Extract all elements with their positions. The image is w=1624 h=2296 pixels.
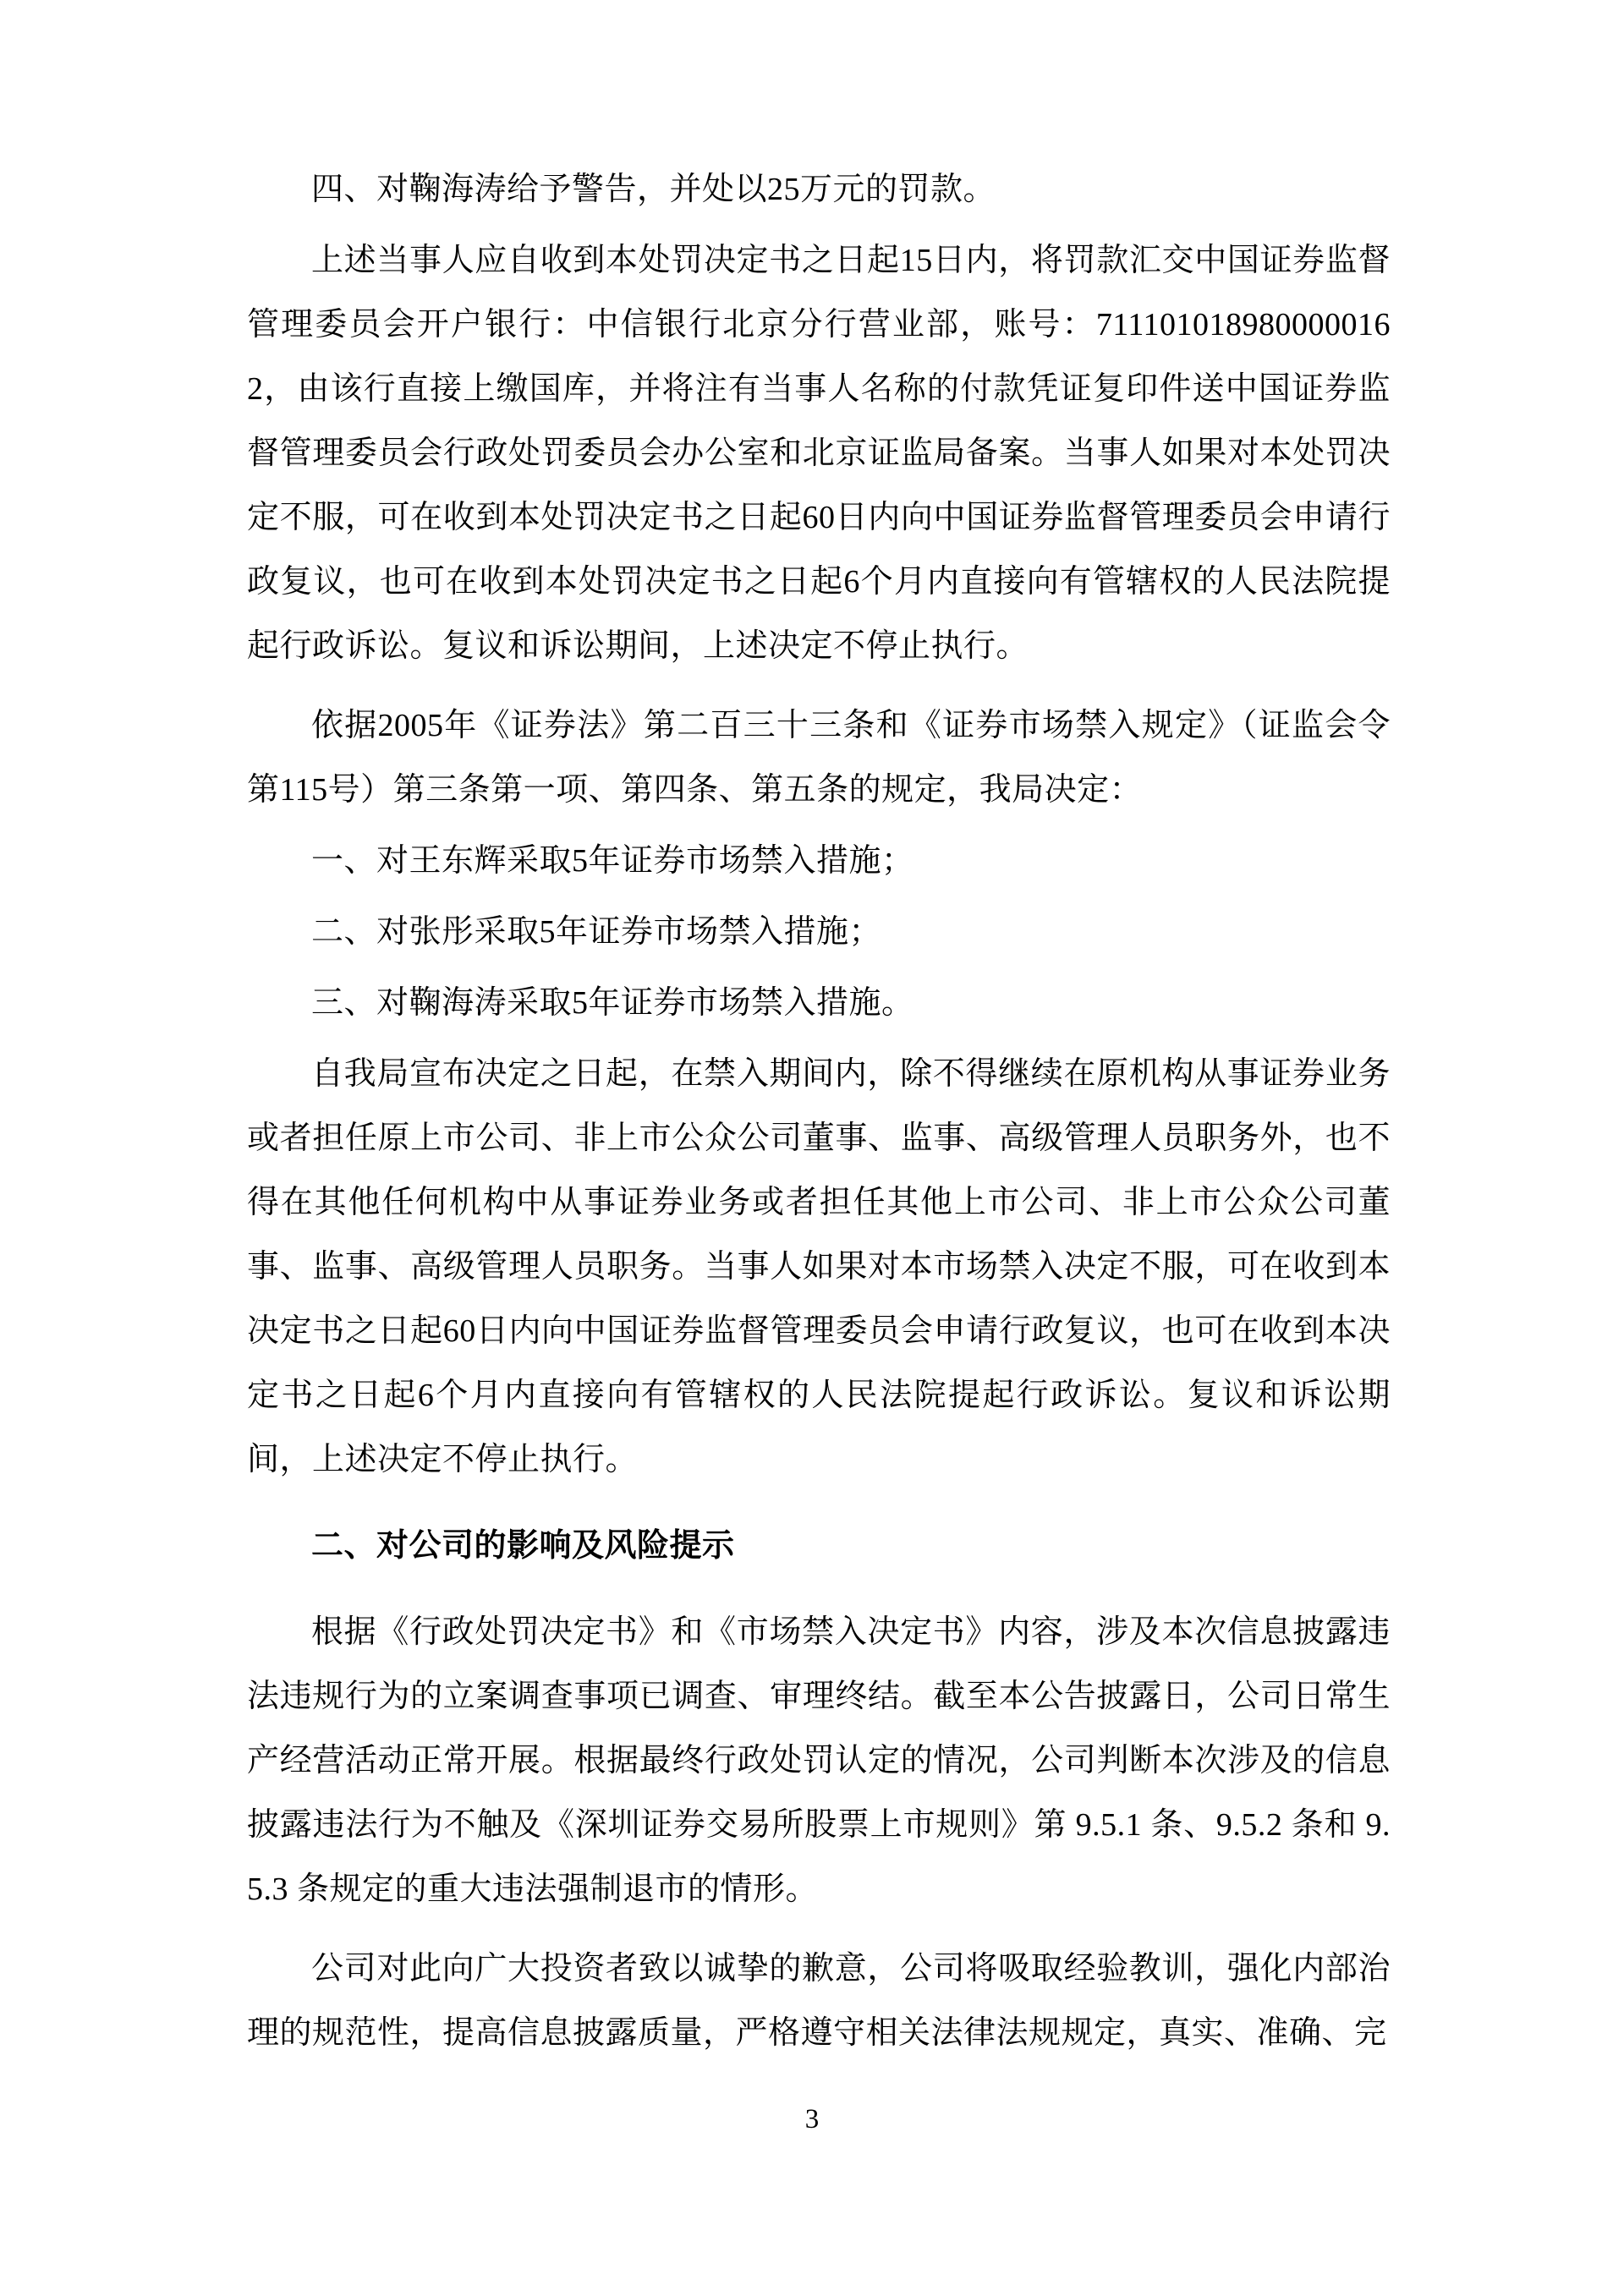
paragraph-warning-fine: 四、对鞠海涛给予警告，并处以25万元的罚款。 [247,157,1391,222]
paragraph-ban-item-2: 二、对张彤采取5年证券市场禁入措施； [247,900,1391,964]
paragraph-impact-statement: 根据《行政处罚决定书》和《市场禁入决定书》内容，涉及本次信息披露违法违规行为的立… [247,1600,1391,1921]
section-heading-company-impact: 二、对公司的影响及风险提示 [247,1514,1391,1578]
paragraph-payment-instructions: 上述当事人应自收到本处罚决定书之日起15日内，将罚款汇交中国证券监督管理委员会开… [247,228,1391,678]
paragraph-legal-basis: 依据2005年《证券法》第二百三十三条和《证券市场禁入规定》（证监会令第115号… [247,693,1391,822]
page-number: 3 [0,2102,1624,2136]
paragraph-ban-item-1: 一、对王东辉采取5年证券市场禁入措施； [247,829,1391,893]
paragraph-apology: 公司对此向广大投资者致以诚挚的歉意，公司将吸取经验教训，强化内部治理的规范性，提… [247,1937,1391,2065]
paragraph-ban-scope: 自我局宣布决定之日起，在禁入期间内，除不得继续在原机构从事证券业务或者担任原上市… [247,1042,1391,1492]
document-body: 四、对鞠海涛给予警告，并处以25万元的罚款。 上述当事人应自收到本处罚决定书之日… [247,157,1391,2072]
document-page: 四、对鞠海涛给予警告，并处以25万元的罚款。 上述当事人应自收到本处罚决定书之日… [0,0,1624,2296]
paragraph-ban-item-3: 三、对鞠海涛采取5年证券市场禁入措施。 [247,971,1391,1035]
